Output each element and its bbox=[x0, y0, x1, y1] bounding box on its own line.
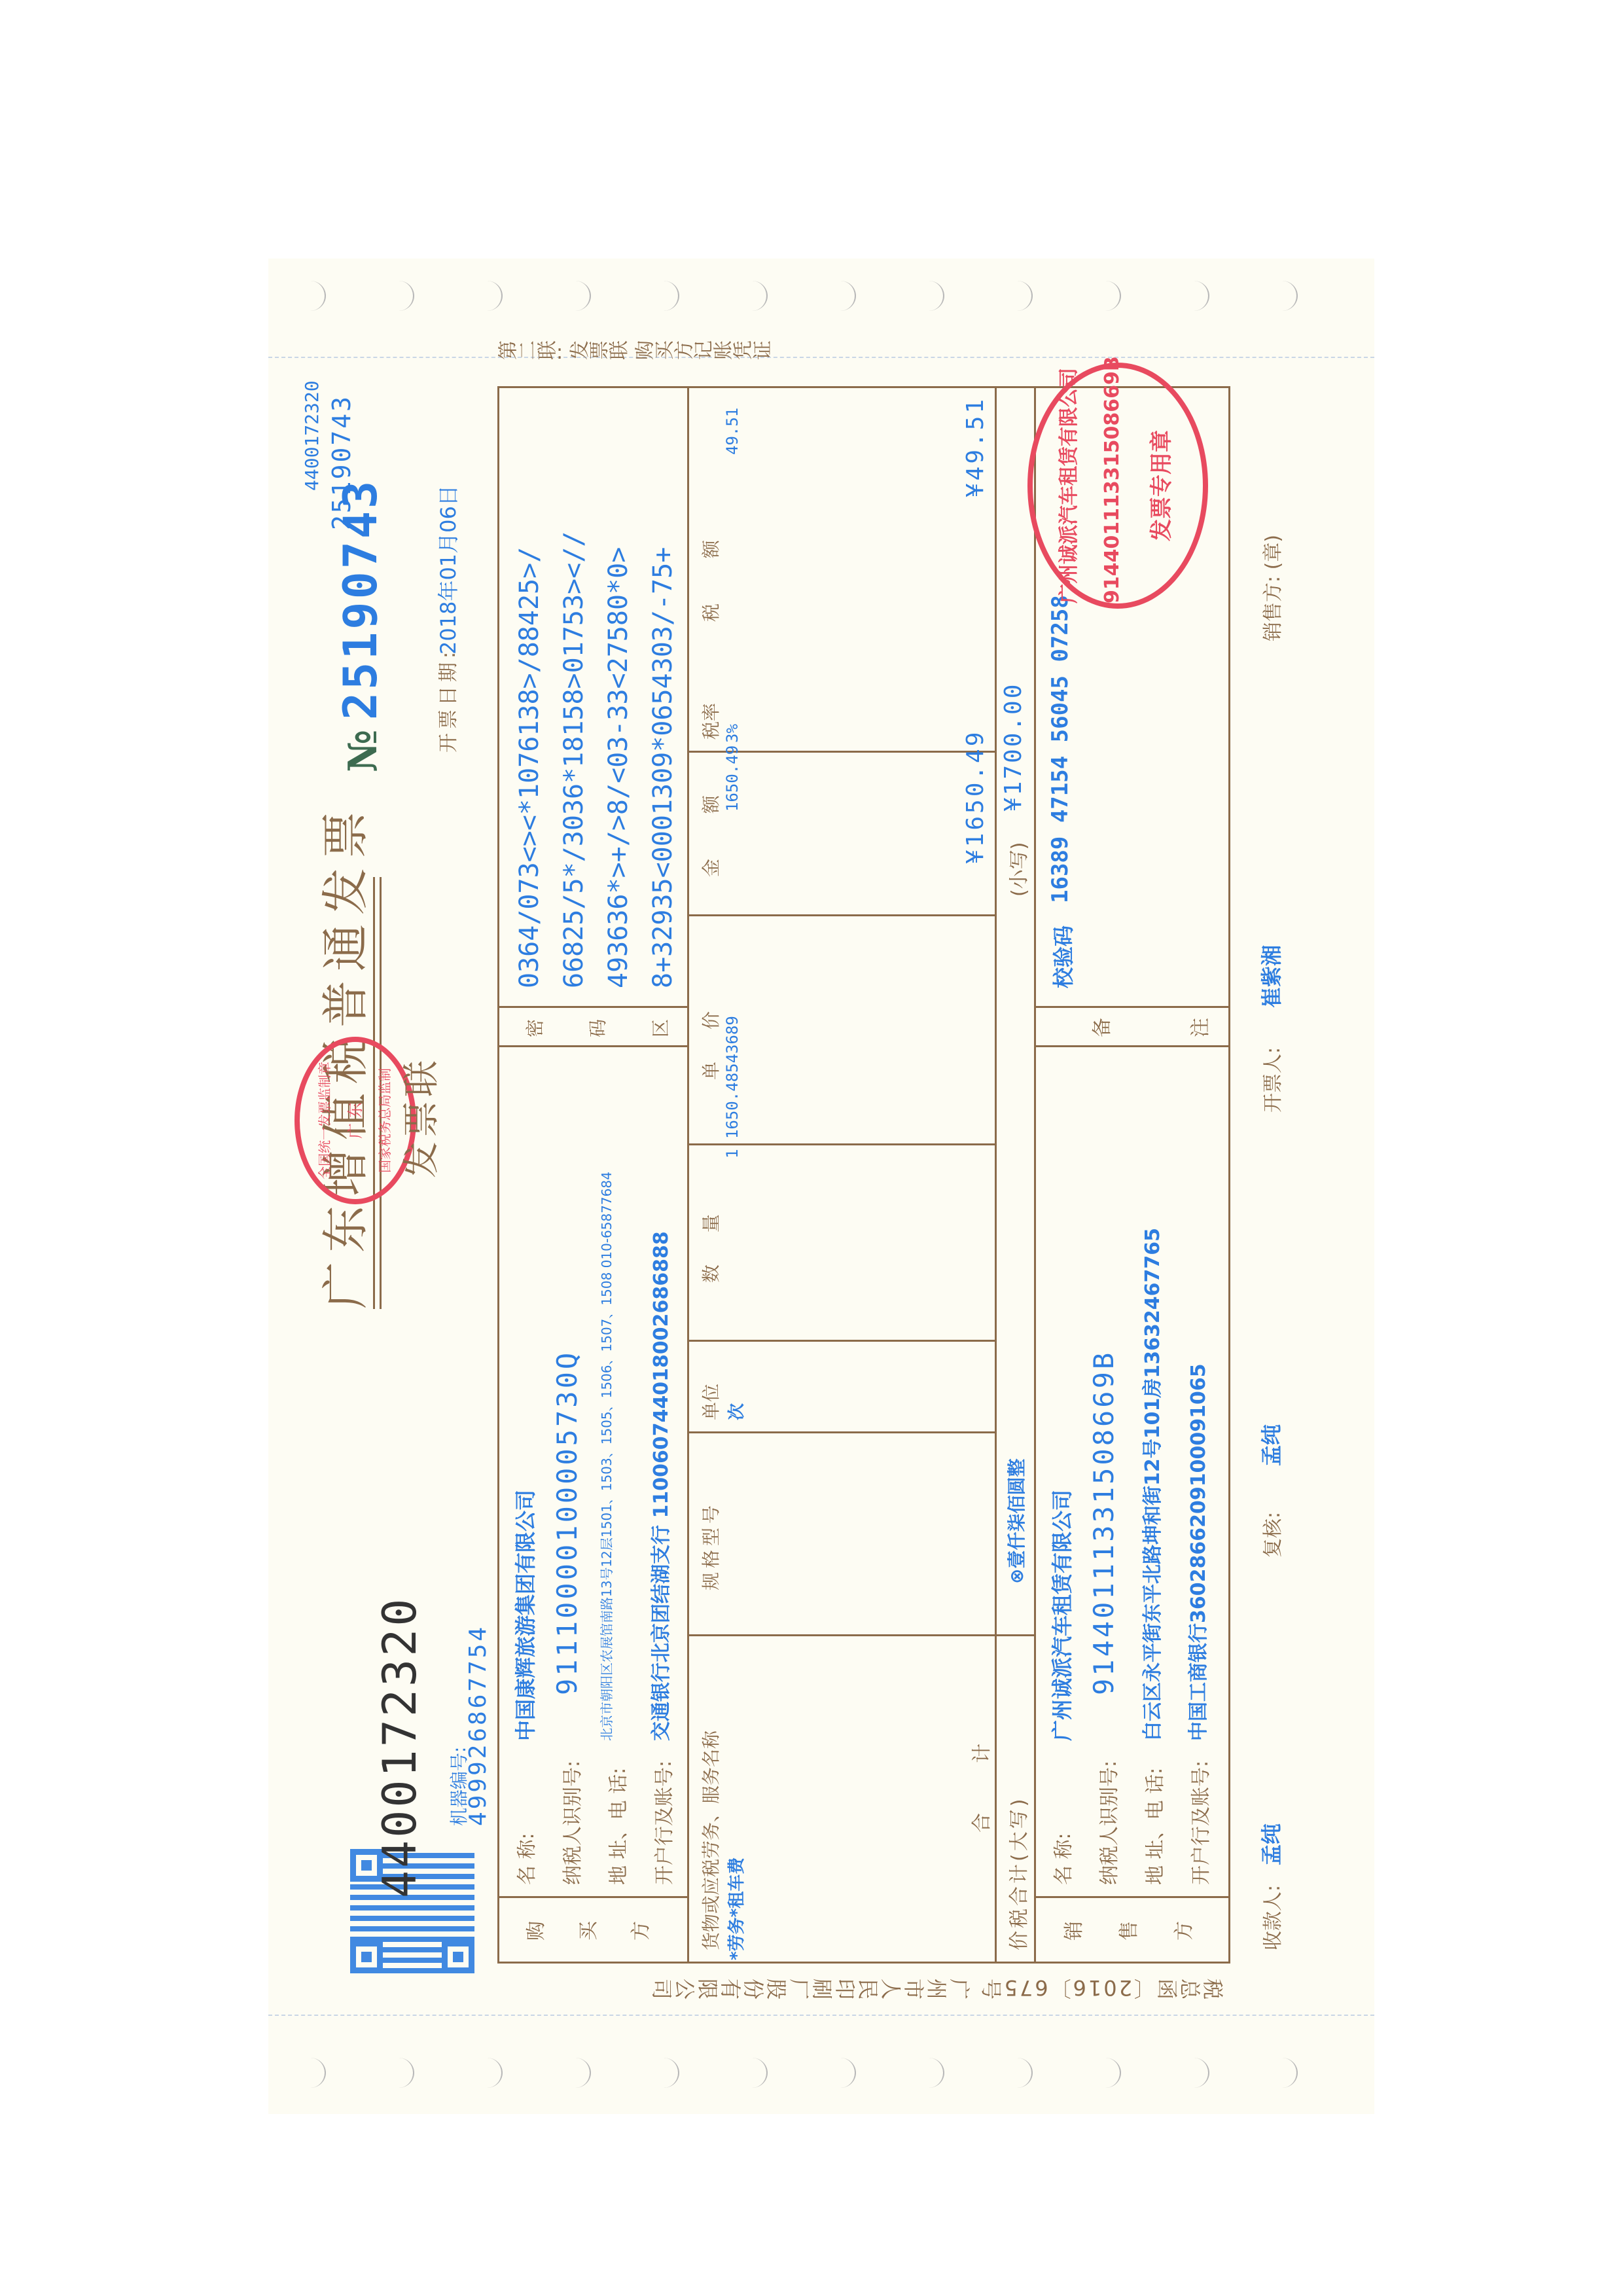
perforation-hole bbox=[648, 2058, 679, 2088]
items-header-name: 货物或应税劳务、服务名称 bbox=[697, 1731, 723, 1950]
printer-footer: 税总函〔2016〕675号 广州市人民印刷厂股份有限公司 bbox=[569, 1973, 1224, 2003]
perforation-hole bbox=[1266, 281, 1298, 311]
date-label: 开票日期: bbox=[432, 648, 461, 753]
buyer-bank-label: 开户行及账号: bbox=[648, 1761, 677, 1885]
reviewer-label: 复核: bbox=[1257, 1512, 1285, 1558]
right-perforation bbox=[268, 259, 1374, 358]
left-perforation bbox=[268, 2015, 1374, 2114]
perforation-hole bbox=[1090, 2058, 1121, 2088]
perforation-hole bbox=[1090, 281, 1121, 311]
machine-code: 499926867754 bbox=[465, 1624, 491, 1826]
number-right: 25190743 bbox=[327, 395, 356, 530]
cipher-label: 密 码 区 bbox=[504, 1014, 692, 1037]
buyer-address: 北京市朝阳区农展馆南路13号12层1501、1503、1505、1506、150… bbox=[599, 1073, 615, 1741]
buyer-tax-id: 91110000100005730Q bbox=[551, 1350, 583, 1695]
items-header-amount: 金 额 bbox=[697, 776, 723, 877]
invoice-code-printed: 4400172320 bbox=[373, 1596, 427, 1898]
perforation-hole bbox=[294, 2058, 326, 2088]
buyer-name-label: 名 称: bbox=[510, 1833, 539, 1885]
items-header-tax: 税 额 bbox=[697, 520, 723, 622]
items-header-spec: 规格型号 bbox=[697, 1501, 723, 1590]
seller-bank: 中国工商银行3602866209100091065 bbox=[1182, 1363, 1211, 1741]
seller-name-label: 名 称: bbox=[1047, 1833, 1076, 1885]
check-code-label: 校验码 bbox=[1047, 925, 1077, 988]
total-label: 合 计 bbox=[965, 1744, 994, 1833]
perforation-hole bbox=[825, 2058, 856, 2088]
perforation-hole bbox=[1178, 281, 1209, 311]
perforation-hole bbox=[383, 281, 414, 311]
perforation-hole bbox=[736, 281, 768, 311]
payee: 孟纯 bbox=[1255, 1823, 1285, 1865]
perforation-hole bbox=[648, 281, 679, 311]
remarks-label: 备 注 bbox=[1054, 1014, 1250, 1037]
seller-tax-id-label: 纳税人识别号: bbox=[1093, 1761, 1122, 1885]
drawer-label: 开票人: bbox=[1257, 1047, 1285, 1113]
item-qty: 1 bbox=[723, 1149, 741, 1158]
items-header-unit: 单位 bbox=[697, 1384, 723, 1420]
perforation-hole bbox=[560, 281, 591, 311]
buyer-tax-id-label: 纳税人识别号: bbox=[556, 1761, 585, 1885]
perforation-hole bbox=[471, 2058, 503, 2088]
seller-name: 广州诚派汽车租赁有限公司 bbox=[1046, 1490, 1076, 1741]
total-tax: ¥49.51 bbox=[962, 397, 989, 497]
price-tax-small: ¥1700.00 bbox=[1000, 683, 1027, 812]
perforation-hole bbox=[1266, 2058, 1298, 2088]
invoice-paper: 4400172320 机器编号: 499926867754 广东增值税普通发票 … bbox=[268, 259, 1374, 2114]
perforation-hole bbox=[383, 2058, 414, 2088]
seller-sign-label: 销售方: (章) bbox=[1257, 535, 1285, 641]
check-code: 16389 47154 56045 07258 bbox=[1047, 595, 1073, 903]
seller-section-label: 销 售 方 bbox=[1047, 1914, 1212, 1941]
perforation-hole bbox=[294, 281, 326, 311]
cipher-text: 0364/073<><*1076138>/88425>/ 66825/5*/30… bbox=[507, 531, 685, 988]
perforation-hole bbox=[1001, 2058, 1033, 2088]
price-tax-small-label: (小写) bbox=[1003, 842, 1031, 897]
item-unit-price: 1650.48543689 bbox=[723, 1016, 741, 1139]
seller-invoice-stamp: 广州诚派汽车租赁有限公司 91440111331508669B 发票专用章 bbox=[1027, 363, 1208, 609]
item-tax-rate: 3% bbox=[723, 724, 741, 743]
perforation-hole bbox=[736, 2058, 768, 2088]
payee-label: 收款人: bbox=[1257, 1885, 1285, 1950]
item-name: *劳务*租车费 bbox=[723, 1857, 747, 1960]
perforation-hole bbox=[560, 2058, 591, 2088]
perforation-hole bbox=[913, 2058, 944, 2088]
price-tax-label: 价税合计(大写) bbox=[1003, 1797, 1031, 1950]
price-tax-uppercase: ⊗壹仟柒佰圆整 bbox=[1003, 1459, 1029, 1584]
item-tax: 49.51 bbox=[723, 408, 741, 455]
total-amount: ¥1650.49 bbox=[962, 730, 989, 864]
items-header-qty: 数 量 bbox=[697, 1201, 723, 1283]
buyer-address-label: 地 址、电 话: bbox=[602, 1768, 631, 1885]
code-right: 4400172320 bbox=[301, 380, 323, 491]
items-header-price: 单 价 bbox=[697, 998, 723, 1080]
buyer-bank: 交通银行北京团结湖支行 110060744018002686888 bbox=[645, 1231, 673, 1741]
number-symbol: № bbox=[340, 730, 386, 772]
item-amount: 1650.49 bbox=[723, 745, 741, 812]
perforation-hole bbox=[913, 281, 944, 311]
seller-address-label: 地 址、电 话: bbox=[1139, 1768, 1168, 1885]
buyer-name: 中国康辉旅游集团有限公司 bbox=[509, 1490, 539, 1741]
drawer: 崔紫湘 bbox=[1255, 945, 1285, 1008]
perforation-hole bbox=[825, 281, 856, 311]
items-header-rate: 税率 bbox=[697, 703, 723, 740]
seller-address: 白云区永平街东平北路坤和街12号101房13632467765 bbox=[1136, 1228, 1165, 1741]
perforation-hole bbox=[1001, 281, 1033, 311]
seller-tax-id: 91440111331508669B bbox=[1088, 1350, 1120, 1695]
item-unit: 次 bbox=[723, 1403, 747, 1420]
reviewer: 孟纯 bbox=[1255, 1424, 1285, 1466]
copy-label: 第二联: 发票联 购买方记账凭证 bbox=[497, 340, 772, 380]
buyer-section-label: 购 买 方 bbox=[510, 1914, 668, 1941]
perforation-hole bbox=[1178, 2058, 1209, 2088]
copy-stamp-text: 发票联 bbox=[393, 1056, 445, 1178]
seller-bank-label: 开户行及账号: bbox=[1185, 1761, 1213, 1885]
invoice-date: 2018年01月06日 bbox=[432, 485, 462, 655]
perforation-hole bbox=[471, 281, 503, 311]
